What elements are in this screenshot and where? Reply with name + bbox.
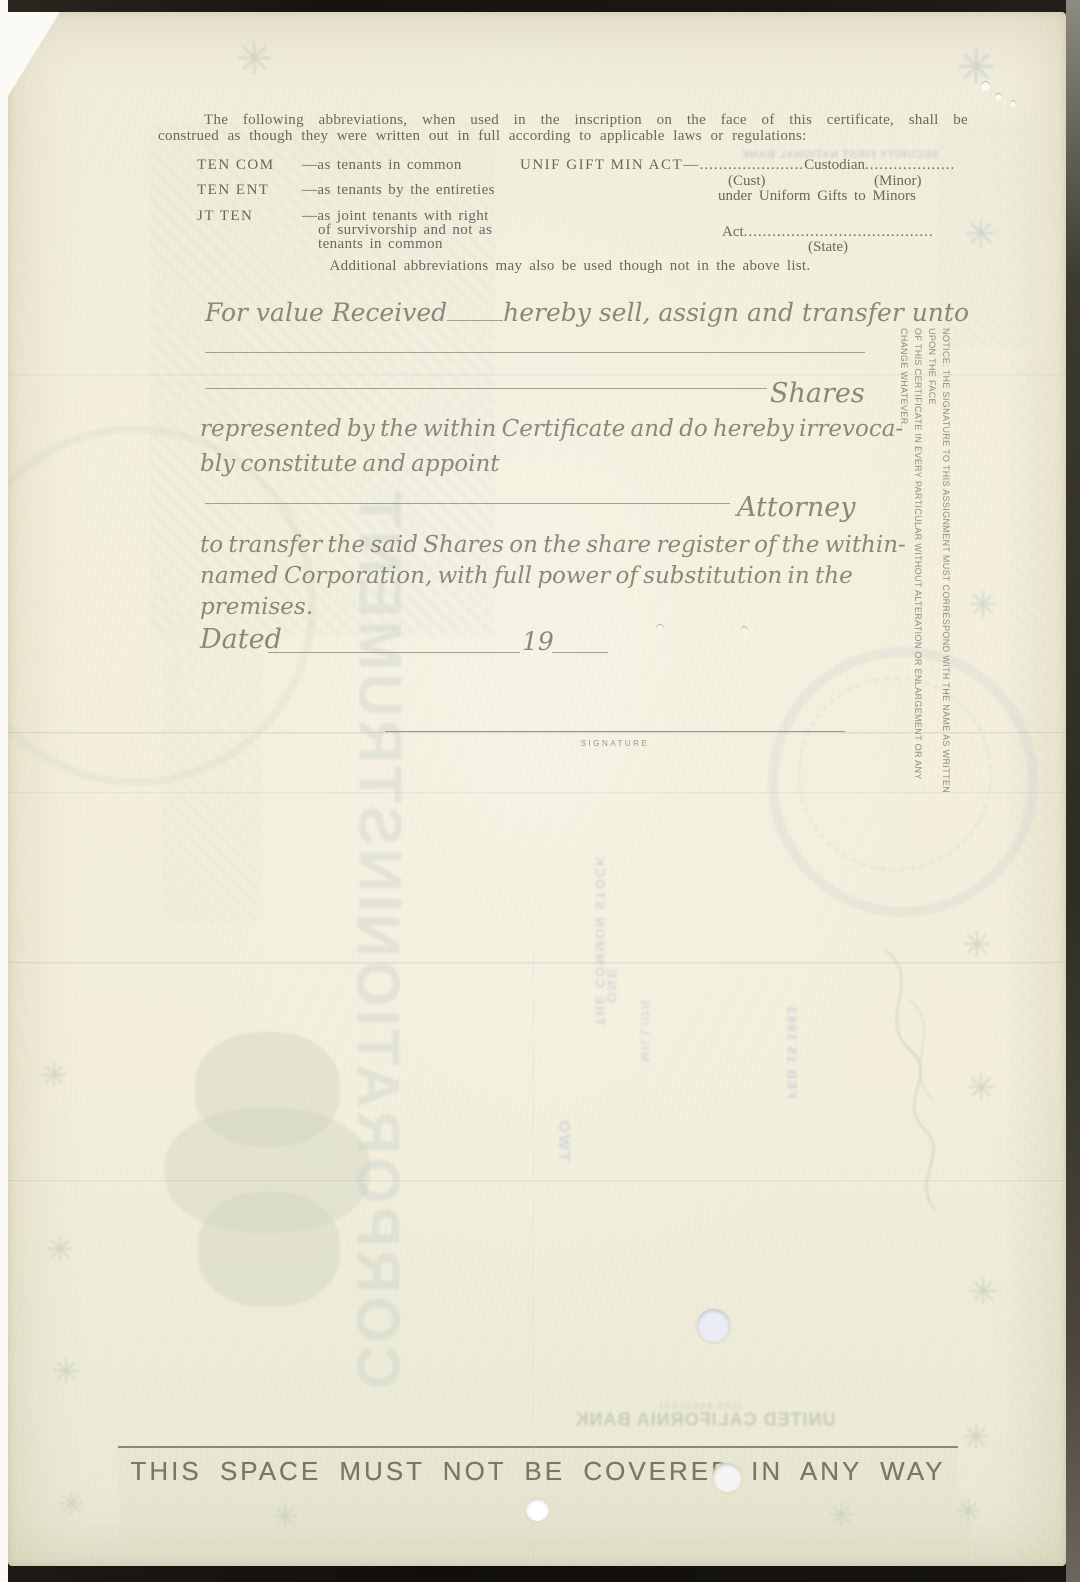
pin-hole (1010, 100, 1016, 106)
scan-edge-left (0, 0, 8, 1582)
fold-crease (8, 732, 1066, 735)
fold-crease (8, 792, 1066, 795)
pin-hole (995, 93, 1002, 100)
pin-hole (741, 626, 748, 633)
scan-edge-top (0, 0, 1080, 12)
punch-hole (697, 1309, 730, 1342)
scan-edge-right (1066, 0, 1080, 1582)
fold-crease (8, 374, 1066, 377)
pin-hole (981, 81, 990, 90)
punch-hole (713, 1463, 742, 1492)
pin-hole (656, 624, 664, 632)
fold-crease-vertical (533, 940, 535, 1560)
scanned-certificate-back: INSTRUMENT CORPORATION THE COMMON STOCK … (0, 0, 1080, 1582)
fold-crease (8, 962, 1066, 965)
fold-crease (8, 1180, 1066, 1183)
scan-edge-bottom (0, 1566, 1080, 1582)
damage-layer (0, 0, 1080, 1582)
punch-hole (526, 1498, 549, 1521)
